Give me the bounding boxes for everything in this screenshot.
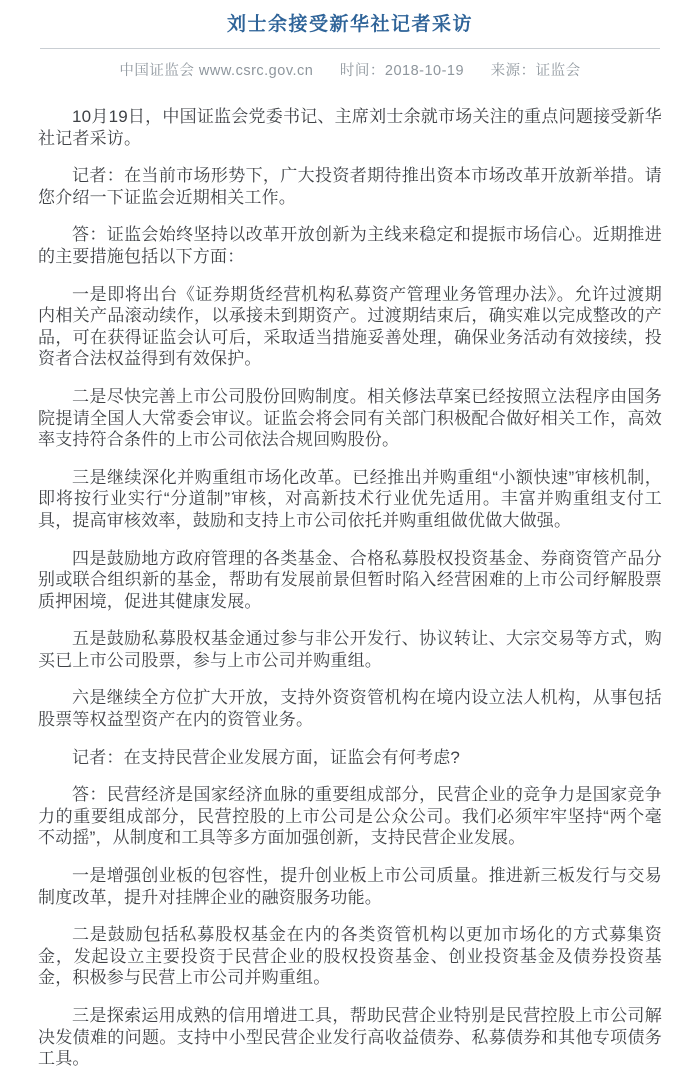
paragraph-12: 一是增强创业板的包容性，提升创业板上市公司质量。推进新三板发行与交易制度改革，提… <box>38 865 662 908</box>
article-header: 刘士余接受新华社记者采访 中国证监会 www.csrc.gov.cn 时间：20… <box>0 0 700 80</box>
meta-time: 时间：2018-10-19 <box>340 59 464 80</box>
article-meta: 中国证监会 www.csrc.gov.cn 时间：2018-10-19 来源：证… <box>0 59 700 80</box>
meta-source-value: 证监会 <box>536 63 581 79</box>
paragraph-8: 五是鼓励私募股权基金通过参与非公开发行、协议转让、大宗交易等方式，购买已上市公司… <box>38 628 662 671</box>
paragraph-11: 答：民营经济是国家经济血脉的重要组成部分，民营企业的竞争力是国家竞争力的重要组成… <box>38 784 662 849</box>
meta-source: 来源：证监会 <box>491 59 581 80</box>
meta-site: 中国证监会 www.csrc.gov.cn <box>119 59 313 80</box>
paragraph-3: 答：证监会始终坚持以改革开放创新为主线来稳定和提振市场信心。近期推进的主要措施包… <box>38 224 662 267</box>
paragraph-10: 记者：在支持民营企业发展方面，证监会有何考虑? <box>38 747 662 769</box>
paragraph-9: 六是继续全方位扩大开放，支持外资资管机构在境内设立法人机构，从事包括股票等权益型… <box>38 687 662 730</box>
paragraph-7: 四是鼓励地方政府管理的各类基金、合格私募股权投资基金、券商资管产品分别或联合组织… <box>38 548 662 613</box>
meta-source-label: 来源： <box>491 63 536 79</box>
paragraph-4: 一是即将出台《证券期货经营机构私募资产管理业务管理办法》。允许过渡期内相关产品滚… <box>38 284 662 370</box>
article-body: 10月19日，中国证监会党委书记、主席刘士余就市场关注的重点问题接受新华社记者采… <box>0 80 700 1070</box>
page-title: 刘士余接受新华社记者采访 <box>0 13 700 37</box>
article-page: 刘士余接受新华社记者采访 中国证监会 www.csrc.gov.cn 时间：20… <box>0 0 700 1078</box>
meta-time-label: 时间： <box>340 63 385 79</box>
paragraph-13: 二是鼓励包括私募股权基金在内的各类资管机构以更加市场化的方式募集资金，发起设立主… <box>38 924 662 989</box>
paragraph-5: 二是尽快完善上市公司股份回购制度。相关修法草案已经按照立法程序由国务院提请全国人… <box>38 386 662 451</box>
meta-time-value: 2018-10-19 <box>385 63 464 79</box>
paragraph-1: 10月19日，中国证监会党委书记、主席刘士余就市场关注的重点问题接受新华社记者采… <box>38 106 662 149</box>
paragraph-6: 三是继续深化并购重组市场化改革。已经推出并购重组“小额快速”审核机制，即将按行业… <box>38 467 662 532</box>
paragraph-2: 记者：在当前市场形势下，广大投资者期待推出资本市场改革开放新举措。请您介绍一下证… <box>38 165 662 208</box>
header-divider <box>40 48 660 49</box>
paragraph-14: 三是探索运用成熟的信用增进工具，帮助民营企业特别是民营控股上市公司解决发债难的问… <box>38 1005 662 1070</box>
